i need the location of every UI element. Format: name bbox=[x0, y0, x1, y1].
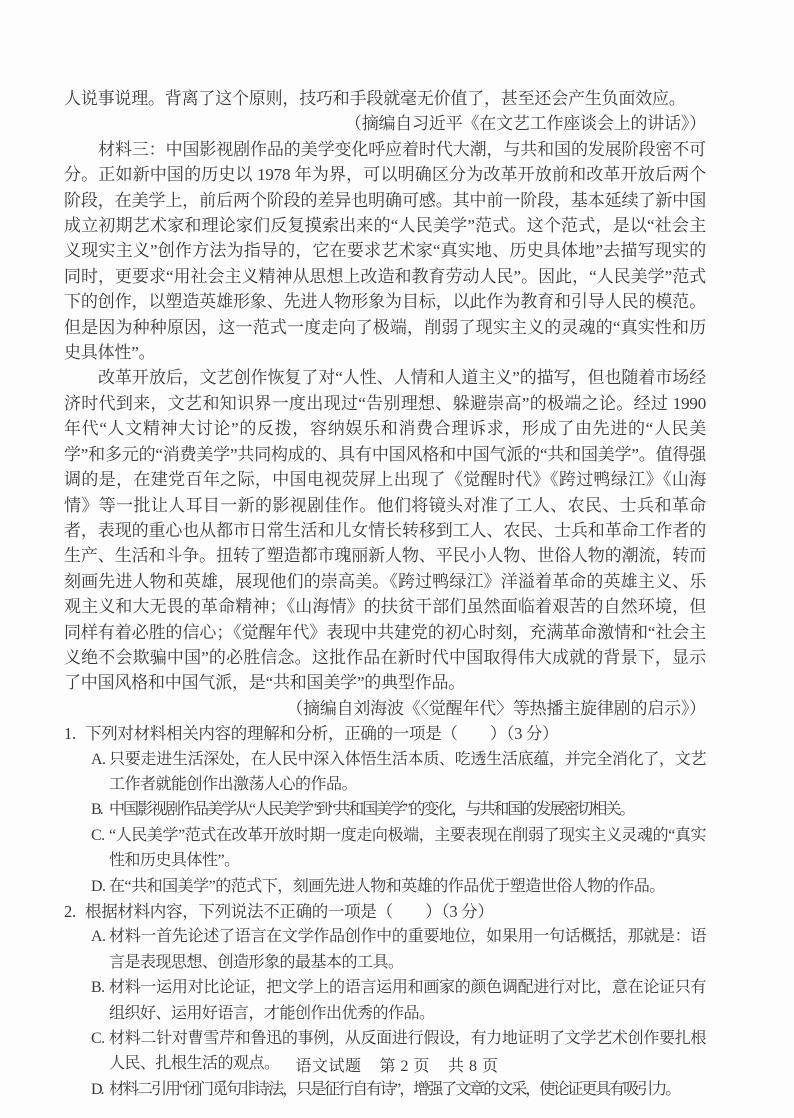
question-1: 1.下列对材料相关内容的理解和分析，正确的一项是（ ）（3 分） A.只要走进生… bbox=[64, 721, 706, 899]
page-footer: 语文试题第 2 页共 8 页 bbox=[0, 1057, 794, 1077]
question-1-stem: 1.下列对材料相关内容的理解和分析，正确的一项是（ ）（3 分） bbox=[64, 721, 706, 746]
material-three-paragraph-1: 材料三：中国影视剧作品的美学变化呼应着时代大潮，与共和国的发展阶段密不可分。正如… bbox=[64, 137, 706, 366]
question-1-option-a-label: A. bbox=[91, 747, 106, 772]
source-attribution-liu: （摘编自刘海波《〈觉醒年代〉等热播主旋律剧的启示》） bbox=[64, 696, 706, 721]
question-1-option-c-label: C. bbox=[91, 823, 105, 848]
question-2-stem-text: 根据材料内容，下列说法不正确的一项是（ ）（3 分） bbox=[85, 902, 494, 921]
question-1-option-c-text: “人民美学”范式在改革开放时期一度走向极端，主要表现在削弱了现实主义灵魂的“真实… bbox=[109, 827, 706, 869]
question-2-option-d-text: 材料二引用“闭门觅句非诗法，只是征行自有诗”，增强了文章的文采，使论证更具有吸引… bbox=[109, 1081, 679, 1098]
footer-page-number: 第 2 页 bbox=[379, 1058, 430, 1075]
question-2-number: 2. bbox=[64, 899, 85, 924]
question-2-option-a: A.材料一首先论述了语言在文学作品创作中的重要地位，如果用一句话概括，那就是：语… bbox=[64, 924, 706, 975]
question-1-option-d-text: 在“共和国美学”的范式下，刻画先进人物和英雄的作品优于塑造世俗人物的作品。 bbox=[109, 878, 665, 895]
question-2-option-b: B.材料一运用对比论证，把文学上的语言运用和画家的颜色调配进行对比，意在论证只有… bbox=[64, 975, 706, 1026]
question-1-option-d-label: D. bbox=[91, 874, 106, 899]
question-1-option-d: D.在“共和国美学”的范式下，刻画先进人物和英雄的作品优于塑造世俗人物的作品。 bbox=[64, 874, 706, 899]
question-1-option-b-label: B. bbox=[91, 797, 102, 822]
footer-exam-title: 语文试题 bbox=[295, 1058, 361, 1075]
question-2-option-b-text: 材料一运用对比论证，把文学上的语言运用和画家的颜色调配进行对比，意在论证只有组织… bbox=[109, 979, 706, 1021]
question-1-option-a: A.只要走进生活深处，在人民中深入体悟生活本质、吃透生活底蕴，并完全消化了，文艺… bbox=[64, 747, 706, 798]
exam-content: 人说事说理。背离了这个原则，技巧和手段就毫无价值了，甚至还会产生负面效应。 （摘… bbox=[64, 86, 706, 1102]
question-2-option-d-label: D. bbox=[91, 1077, 103, 1102]
question-2-option-d: D.材料二引用“闭门觅句非诗法，只是征行自有诗”，增强了文章的文采，使论证更具有… bbox=[64, 1077, 706, 1102]
source-attribution-xi: （摘编自习近平《在文艺工作座谈会上的讲话》） bbox=[64, 111, 706, 136]
material-three-paragraph-2: 改革开放后，文艺创作恢复了对“人性、人情和人道主义”的描写，但也随着市场经济时代… bbox=[64, 365, 706, 695]
question-2-option-a-label: A. bbox=[91, 924, 106, 949]
question-2-option-c-label: C. bbox=[91, 1026, 105, 1051]
question-2-stem: 2.根据材料内容，下列说法不正确的一项是（ ）（3 分） bbox=[64, 899, 706, 924]
question-1-option-c: C.“人民美学”范式在改革开放时期一度走向极端，主要表现在削弱了现实主义灵魂的“… bbox=[64, 823, 706, 874]
question-1-number: 1. bbox=[64, 721, 85, 746]
question-1-option-b-text: 中国影视剧作品美学从“人民美学”到“共和国美学”的变化，与共和国的发展密切相关。 bbox=[109, 801, 633, 818]
question-1-option-a-text: 只要走进生活深处，在人民中深入体悟生活本质、吃透生活底蕴，并完全消化了，文艺工作… bbox=[109, 751, 706, 793]
footer-page-total: 共 8 页 bbox=[448, 1058, 499, 1075]
question-2-option-b-label: B. bbox=[91, 975, 105, 1000]
exam-page: 人说事说理。背离了这个原则，技巧和手段就毫无价值了，甚至还会产生负面效应。 （摘… bbox=[0, 0, 794, 1118]
question-2-option-a-text: 材料一首先论述了语言在文学作品创作中的重要地位，如果用一句话概括，那就是：语言是… bbox=[109, 928, 706, 970]
continued-paragraph: 人说事说理。背离了这个原则，技巧和手段就毫无价值了，甚至还会产生负面效应。 bbox=[64, 86, 706, 111]
question-1-stem-text: 下列对材料相关内容的理解和分析，正确的一项是（ ）（3 分） bbox=[85, 724, 558, 743]
question-1-option-b: B.中国影视剧作品美学从“人民美学”到“共和国美学”的变化，与共和国的发展密切相… bbox=[64, 797, 706, 822]
